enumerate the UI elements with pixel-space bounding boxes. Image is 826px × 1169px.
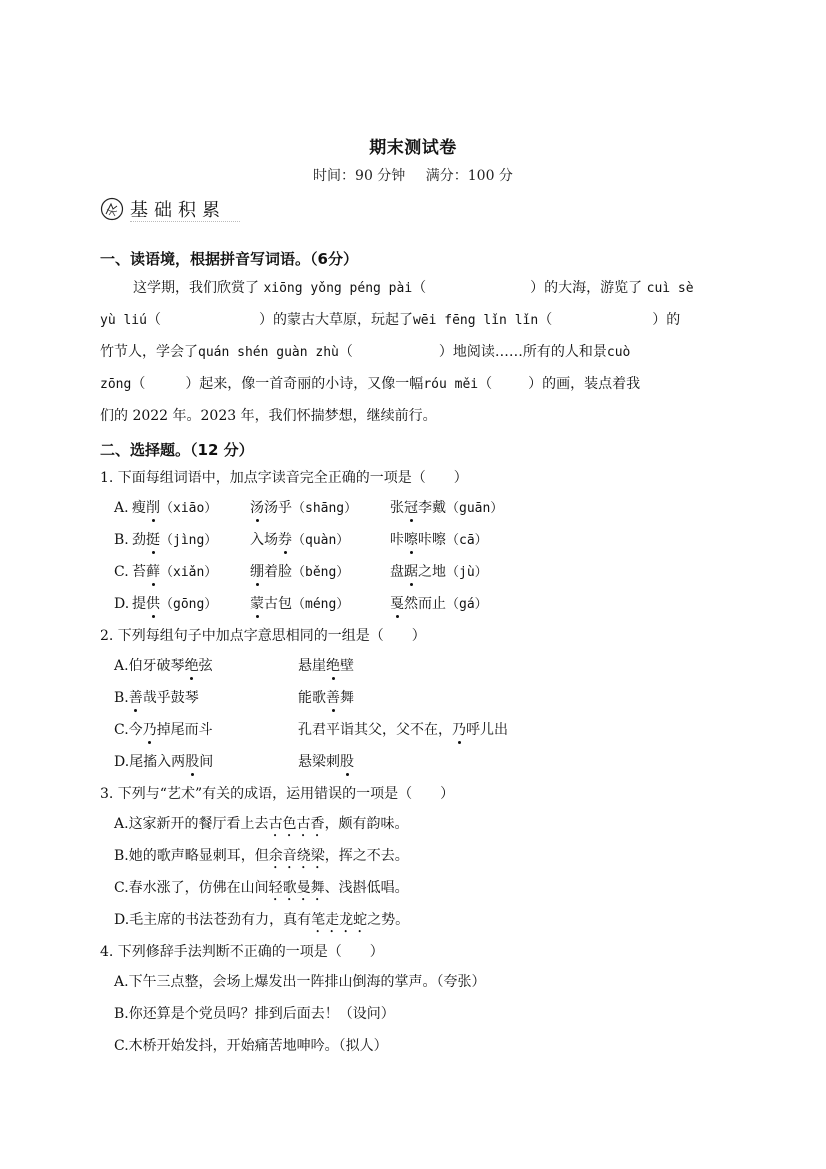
option-text: A. [114, 658, 129, 674]
pinyin: wēi fēng lǐn lǐn [413, 313, 538, 328]
full-score: 满分：100 分 [426, 168, 513, 184]
dotted-char: 冠 [404, 499, 418, 517]
option-text: 孔君平诣其父，父不在， [298, 722, 452, 738]
q4-option-a[interactable]: A.下午三点整，会场上爆发出一阵排山倒海的掌声。（夸张） [114, 973, 486, 991]
dotted-char: 汤 [250, 499, 264, 517]
q1-d-word-2: 蒙古包（méng） [250, 595, 349, 614]
option-text: A. [114, 816, 129, 832]
pinyin: xiōng yǒng péng pài [263, 281, 412, 296]
q1-a-word-2: 汤汤乎（shāng） [250, 499, 357, 518]
pinyin: （xiāo） [160, 501, 217, 516]
q1-a-word-1: 瘦削（xiāo） [132, 499, 217, 518]
q3-option-a[interactable]: A.这家新开的餐厅看上去古色古香，颇有韵味。 [114, 815, 409, 840]
q1-b-word-2: 入场券（quàn） [250, 531, 349, 550]
dotted-char: 蒙 [250, 595, 264, 613]
q1-c-word-2: 绷着脸（běng） [250, 563, 349, 582]
passage-line-1: 这学期，我们欣赏了 xiōng yǒng péng pài（）的大海，游览了 c… [133, 279, 694, 298]
option-text: 能歌 [298, 690, 326, 706]
option-text: 劲 [132, 532, 146, 548]
q1-option-c[interactable]: C. [114, 563, 129, 581]
passage-line-5: 们的 2022 年。2023 年，我们怀揣梦想，继续前行。 [100, 407, 437, 425]
option-text: 悬崖 [298, 658, 326, 674]
option-text: 着脸 [264, 564, 292, 580]
option-text: 舞 [340, 690, 354, 706]
option-text: ，挥之不去。 [325, 848, 409, 864]
option-text: D. [114, 596, 129, 612]
option-text: C. [114, 880, 129, 896]
dotted-char: 善 [129, 689, 143, 707]
option-text: 掉尾而斗 [157, 722, 213, 738]
dotted-char: 嚓 [404, 531, 418, 549]
option-text: 入场 [250, 532, 278, 548]
banner-label: 基础积累 [130, 196, 226, 222]
exam-info: 时间：90 分钟 满分：100 分 [0, 165, 826, 185]
option-text: 下午三点整，会场上爆发出一阵排山倒海的掌声。（夸张） [129, 974, 486, 990]
q3-option-c[interactable]: C.春水涨了，仿佛在山间轻歌曼舞、浅斟低唱。 [114, 879, 409, 904]
option-text: C. [114, 564, 129, 580]
passage-line-4: zōng（）起来，像一首奇丽的小诗，又像一幅róu měi（）的画，装点着我 [100, 375, 640, 394]
pinyin: （méng） [292, 597, 349, 612]
option-text: 这家新开的餐厅看上去 [129, 816, 269, 832]
pinyin: （cā） [446, 533, 488, 548]
q4-option-c[interactable]: C.木桥开始发抖，开始痛苦地呻吟。（拟人） [114, 1037, 388, 1055]
exam-page: 期末测试卷 时间：90 分钟 满分：100 分 基础积累 一、读语境，根据拼音写… [0, 0, 826, 1169]
q3-option-b[interactable]: B.她的歌声略显刺耳，但余音绕梁，挥之不去。 [114, 847, 409, 872]
option-text: 苔 [132, 564, 146, 580]
q1-c-word-3: 盘踞之地（jù） [390, 563, 488, 582]
q1-b-word-3: 咔嚓咔嚓（cā） [390, 531, 488, 550]
pinyin: （shāng） [292, 501, 357, 516]
option-text: 她的歌声略显刺耳，但 [129, 848, 269, 864]
dotted-char: 戛 [390, 595, 404, 613]
option-text: D. [114, 754, 129, 770]
option-text: 汤乎 [264, 500, 292, 516]
option-text: 毛主席的书法苍劲有力，真有 [129, 912, 311, 928]
dotted-char: 绝 [185, 657, 199, 675]
pinyin: quán shén guàn zhù [198, 345, 339, 360]
dotted-char: 踞 [404, 563, 418, 581]
dotted-idiom: 古色古香 [269, 816, 325, 832]
q1-d-word-3: 戛然而止（gá） [390, 595, 488, 614]
pinyin: cuò [607, 345, 630, 360]
option-text: B. [114, 532, 129, 548]
option-text: 弦 [199, 658, 213, 674]
option-text: ，颇有韵味。 [325, 816, 409, 832]
option-text: 提 [132, 596, 146, 612]
option-text: 木桥开始发抖，开始痛苦地呻吟。（拟人） [129, 1038, 388, 1054]
question-4-stem: 4. 下列修辞手法判断不正确的一项是（ ） [100, 943, 384, 961]
section-1-heading: 一、读语境，根据拼音写词语。（6分） [100, 248, 358, 269]
option-text: C. [114, 722, 129, 738]
q2-c-compare: 孔君平诣其父，父不在，乃呼儿出 [298, 721, 508, 739]
q1-option-d[interactable]: D. [114, 595, 129, 613]
dotted-idiom: 余音绕梁 [269, 848, 325, 864]
q2-a-compare: 悬崖绝壁 [298, 657, 354, 675]
q2-d-compare: 悬梁刺股 [298, 753, 354, 771]
q2-option-d[interactable]: D.尾搐入两股间 [114, 753, 213, 771]
question-2-stem: 2. 下列每组句子中加点字意思相同的一组是（ ） [100, 627, 426, 645]
option-text: 春水涨了，仿佛在山间 [129, 880, 269, 896]
option-text: 张 [390, 500, 404, 516]
option-text: 之地 [418, 564, 446, 580]
dotted-char: 供 [146, 595, 160, 613]
q3-option-d[interactable]: D.毛主席的书法苍劲有力，真有笔走龙蛇之势。 [114, 911, 409, 936]
option-text: 壁 [340, 658, 354, 674]
q1-d-word-1: 提供（gōng） [132, 595, 217, 614]
option-text: 古包 [264, 596, 292, 612]
passage-line-3: 竹节人，学会了quán shén guàn zhù（）地阅读……所有的人和景cu… [100, 343, 630, 362]
dotted-char: 乃 [452, 721, 466, 739]
pinyin: （guān） [446, 501, 503, 516]
q1-a-word-3: 张冠李戴（guān） [390, 499, 503, 518]
dotted-char: 股 [340, 753, 354, 771]
option-text: 之势。 [367, 912, 409, 928]
q1-option-a[interactable]: A. [114, 499, 129, 517]
pinyin: （quàn） [292, 533, 349, 548]
dotted-char: 藓 [146, 563, 160, 581]
question-3-stem: 3. 下列与“艺术”有关的成语，运用错误的一项是（ ） [100, 785, 454, 803]
dotted-char: 券 [278, 531, 292, 549]
option-text: 尾搐入两 [129, 754, 185, 770]
q2-b-compare: 能歌善舞 [298, 689, 354, 707]
option-text: 你还算是个党员吗？排到后面去！（设问） [129, 1006, 395, 1022]
q4-option-b[interactable]: B.你还算是个党员吗？排到后面去！（设问） [114, 1005, 395, 1023]
option-text: 瘦 [132, 500, 146, 516]
pinyin: zōng [100, 377, 131, 392]
option-text: 今 [129, 722, 143, 738]
option-text: A. [114, 500, 129, 516]
pinyin: róu měi [423, 377, 478, 392]
section-2-heading: 二、选择题。（12 分） [100, 439, 254, 460]
q1-option-b[interactable]: B. [114, 531, 129, 549]
q2-option-b[interactable]: B.善哉乎鼓琴 [114, 689, 199, 707]
pinyin: （gōng） [160, 597, 217, 612]
passage-line-2: yù liú（）的蒙古大草原，玩起了wēi fēng lǐn lǐn（）的 [100, 311, 680, 330]
pinyin: （běng） [292, 565, 349, 580]
question-1-stem: 1. 下面每组词语中，加点字读音完全正确的一项是（ ） [100, 469, 468, 487]
dotted-idiom: 笔走龙蛇 [311, 912, 367, 928]
option-text: A. [114, 974, 129, 990]
option-text: 咔嚓 [418, 532, 446, 548]
option-text: 李戴 [418, 500, 446, 516]
pinyin: yù liú [100, 313, 147, 328]
pinyin: （jìng） [160, 533, 217, 548]
option-text: B. [114, 690, 129, 706]
q2-option-a[interactable]: A.伯牙破琴绝弦 [114, 657, 213, 675]
dotted-char: 乃 [143, 721, 157, 739]
option-text: B. [114, 1006, 129, 1022]
option-text: 悬梁刺 [298, 754, 340, 770]
dotted-char: 绝 [326, 657, 340, 675]
pinyin: cuì sè [647, 281, 694, 296]
time-limit: 时间：90 分钟 [313, 168, 405, 184]
section-banner: 基础积累 [100, 194, 226, 224]
page-title: 期末测试卷 [0, 133, 826, 158]
option-text: D. [114, 912, 129, 928]
option-text: 、浅斟低唱。 [325, 880, 409, 896]
option-text: C. [114, 1038, 129, 1054]
pinyin: （xiǎn） [160, 565, 217, 580]
banner-underline [130, 221, 240, 222]
option-text: 然而止 [404, 596, 446, 612]
dotted-idiom: 轻歌曼舞 [269, 880, 325, 896]
dotted-char: 善 [326, 689, 340, 707]
option-text: 呼儿出 [466, 722, 508, 738]
dotted-char: 挺 [146, 531, 160, 549]
dotted-char: 绷 [250, 563, 264, 581]
q1-b-word-1: 劲挺（jìng） [132, 531, 217, 550]
pinyin: （jù） [446, 565, 488, 580]
option-text: 间 [199, 754, 213, 770]
dotted-char: 削 [146, 499, 160, 517]
q1-c-word-1: 苔藓（xiǎn） [132, 563, 217, 582]
option-text: 哉乎鼓琴 [143, 690, 199, 706]
option-text: 伯牙破琴 [129, 658, 185, 674]
q2-option-c[interactable]: C.今乃掉尾而斗 [114, 721, 213, 739]
ink-circle-icon [100, 197, 124, 221]
option-text: B. [114, 848, 129, 864]
option-text: 咔 [390, 532, 404, 548]
dotted-char: 股 [185, 753, 199, 771]
pinyin: （gá） [446, 597, 488, 612]
option-text: 盘 [390, 564, 404, 580]
